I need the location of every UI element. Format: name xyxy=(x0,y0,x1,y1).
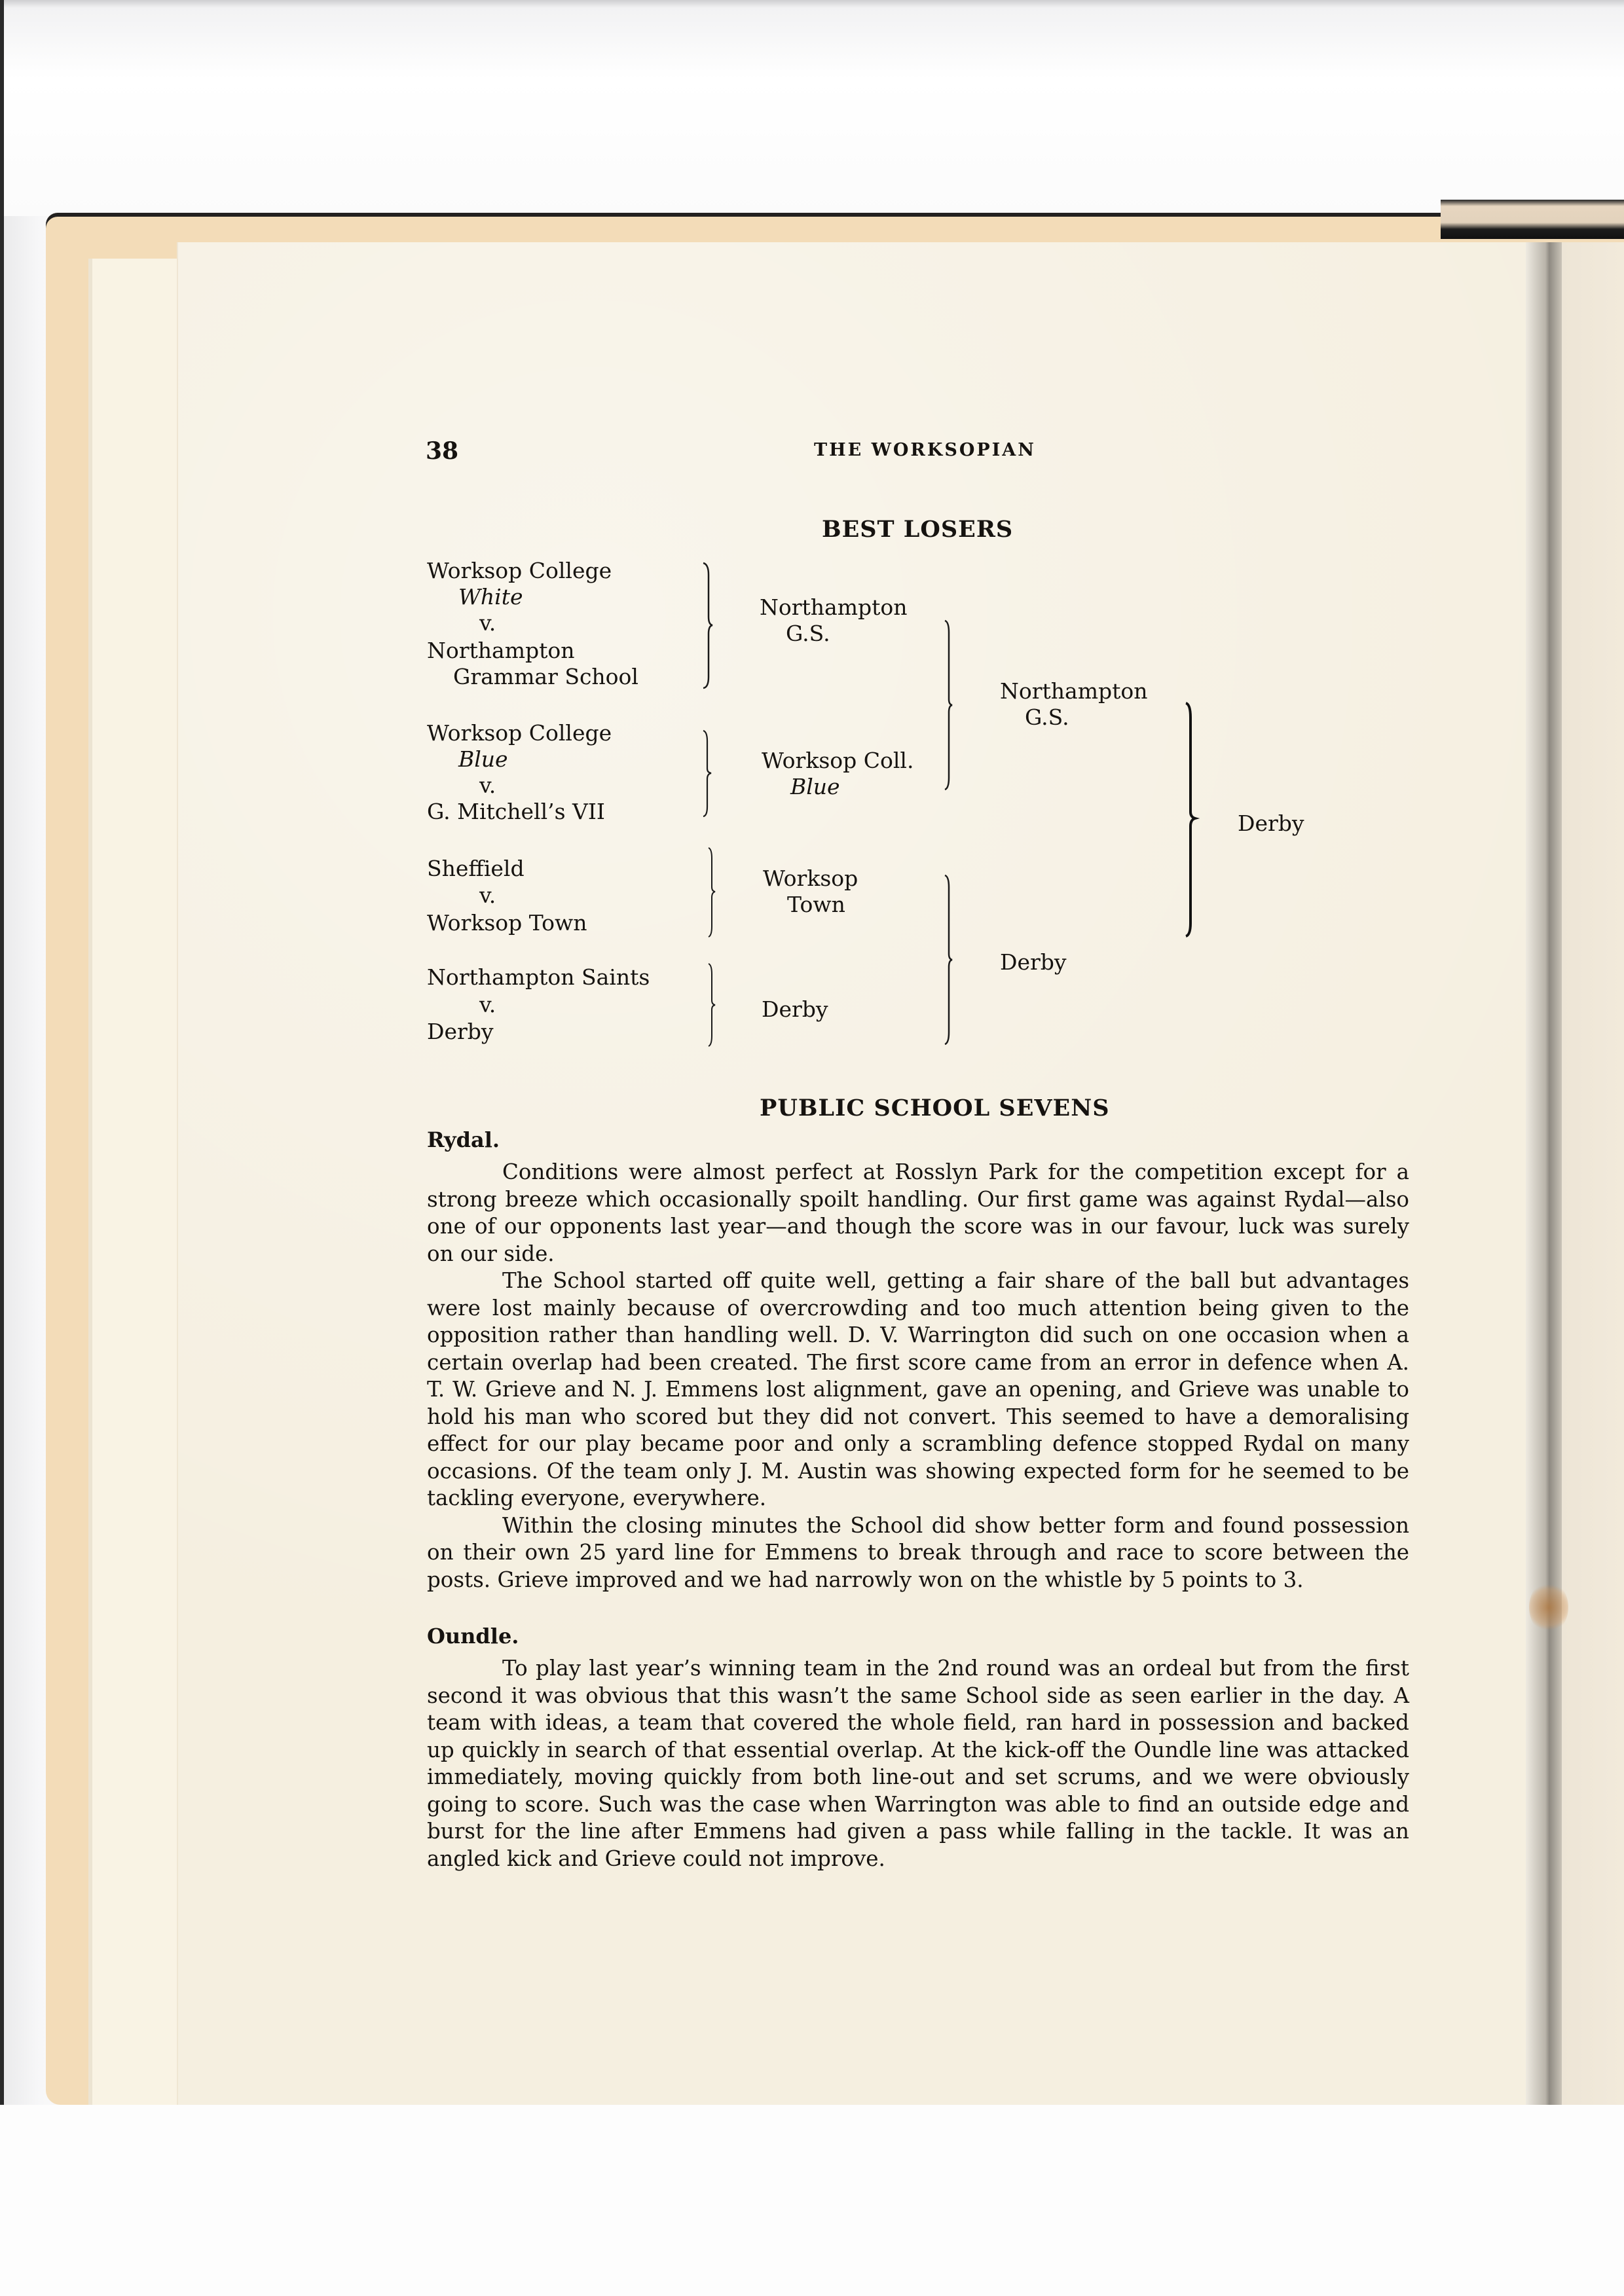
scanner-background-top xyxy=(0,0,1624,216)
facing-page xyxy=(1562,242,1624,2108)
bracket-brace xyxy=(943,619,963,791)
team-a: Northampton Saints xyxy=(427,964,650,991)
book-gutter xyxy=(1526,242,1565,2108)
paragraph: Conditions were almost perfect at Rossly… xyxy=(427,1159,1409,1267)
team-a-sub: White xyxy=(458,584,523,610)
round3-line2: G.S. xyxy=(1025,704,1069,731)
best-losers-title: BEST LOSERS xyxy=(822,516,1013,543)
round2-line2: G.S. xyxy=(786,621,830,647)
round3-line1: Derby xyxy=(1000,949,1067,975)
paragraph: The School started off quite well, getti… xyxy=(427,1267,1409,1512)
public-school-sevens-title: PUBLIC SCHOOL SEVENS xyxy=(760,1095,1109,1121)
scanner-edge xyxy=(0,0,4,2296)
team-b: Worksop Town xyxy=(427,910,587,936)
article-rydal: Conditions were almost perfect at Rossly… xyxy=(427,1159,1409,1594)
team-a: Worksop College xyxy=(427,720,612,746)
bracket-brace xyxy=(1184,702,1206,938)
section-heading-rydal: Rydal. xyxy=(427,1127,500,1152)
bracket-brace xyxy=(706,962,726,1048)
round3-line1: Northampton xyxy=(1000,678,1148,704)
round2-line1: Derby xyxy=(762,996,828,1023)
bracket-brace xyxy=(701,562,720,689)
team-b: G. Mitchell’s VII xyxy=(427,799,605,825)
article-oundle: To play last year’s winning team in the … xyxy=(427,1655,1409,1872)
round2-line2: Blue xyxy=(790,774,840,800)
round2-line1: Worksop Coll. xyxy=(762,748,913,774)
journal-title: THE WORKSOPIAN xyxy=(814,440,1036,460)
running-head: 38 THE WORKSOPIAN xyxy=(426,437,1408,464)
page-number: 38 xyxy=(426,437,458,465)
team-b: Northampton xyxy=(427,638,575,664)
round2-line1: Northampton xyxy=(760,594,908,621)
versus: v. xyxy=(479,883,496,909)
team-a-sub: Blue xyxy=(458,746,508,773)
team-a: Sheffield xyxy=(427,856,525,882)
bracket-brace xyxy=(701,729,720,818)
bracket-brace xyxy=(943,874,963,1046)
section-heading-oundle: Oundle. xyxy=(427,1624,519,1649)
versus: v. xyxy=(479,992,496,1018)
foxing-stain xyxy=(1529,1581,1568,1633)
round2-line2: Town xyxy=(787,892,845,918)
team-b-sub: Grammar School xyxy=(453,664,638,690)
book-spine-edge xyxy=(1441,200,1624,239)
bracket-winner: Derby xyxy=(1238,811,1304,837)
versus: v. xyxy=(479,610,496,636)
team-b: Derby xyxy=(427,1019,494,1045)
round2-line1: Worksop xyxy=(763,866,858,892)
team-a: Worksop College xyxy=(427,558,612,584)
paragraph: To play last year’s winning team in the … xyxy=(427,1655,1409,1872)
scanner-background-bottom xyxy=(0,2105,1624,2296)
bracket-brace xyxy=(706,847,726,938)
versus: v. xyxy=(479,773,496,799)
paragraph: Within the closing minutes the School di… xyxy=(427,1512,1409,1594)
